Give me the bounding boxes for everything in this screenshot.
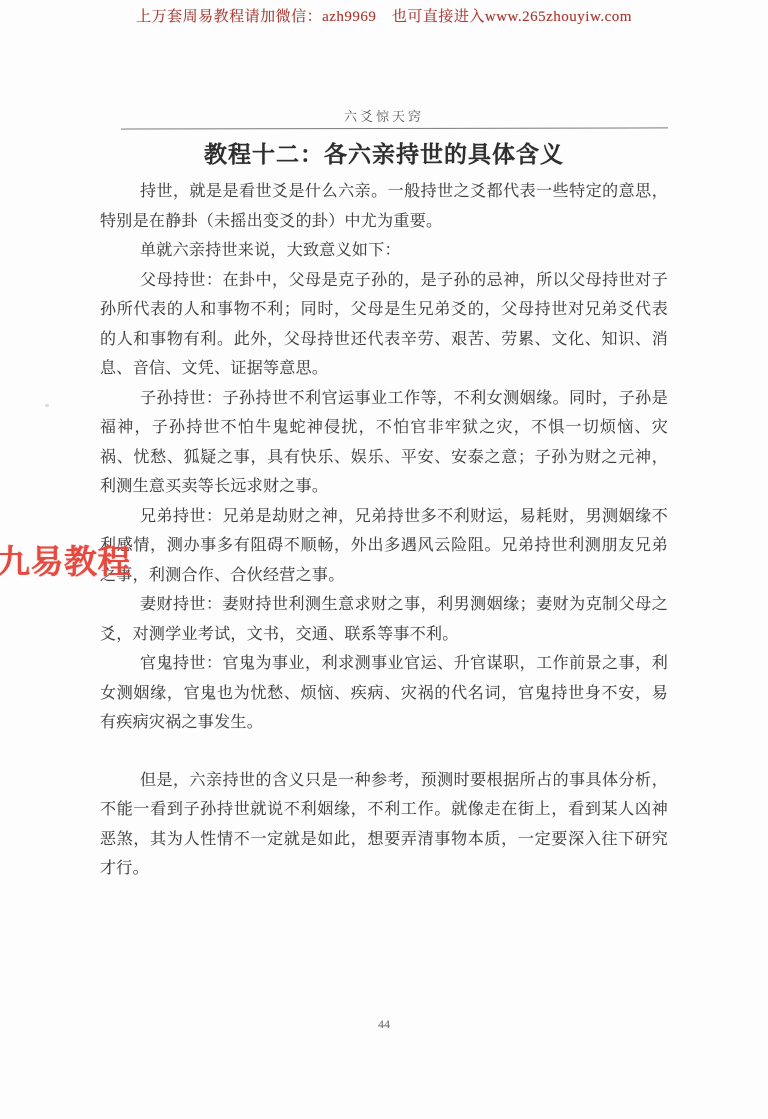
paragraph-conclusion: 但是，六亲持世的含义只是一种参考，预测时要根据所占的事具体分析，不能一看到子孙持…: [100, 766, 668, 884]
body-text-block: 持世，就是是看世爻是什么六亲。一般持世之爻都代表一些特定的意思，特别是在静卦（未…: [100, 177, 668, 884]
promo-header-notice: 上万套周易教程请加微信：azh9969 也可直接进入www.265zhouyiw…: [0, 5, 768, 26]
document-page: 上万套周易教程请加微信：azh9969 也可直接进入www.265zhouyiw…: [0, 0, 768, 1119]
paragraph-fumu-chishi: 父母持世：在卦中，父母是克子孙的，是子孙的忌神，所以父母持世对子孙所代表的人和事…: [100, 266, 668, 384]
chapter-title: 教程十二：各六亲持世的具体含义: [0, 136, 768, 169]
header-divider-line: [121, 127, 668, 129]
paragraph-guangui-chishi: 官鬼持世：官鬼为事业，利求测事业官运、升官谋职，工作前景之事，利女测姻缘，官鬼也…: [100, 649, 668, 738]
scan-artifact-speck: [45, 404, 49, 407]
paragraph-qicai-chishi: 妻财持世：妻财持世利测生意求财之事，利男测姻缘；妻财为克制父母之爻，对测学业考试…: [100, 590, 668, 649]
red-watermark: 九易教程: [0, 536, 131, 583]
paragraph-intro: 持世，就是是看世爻是什么六亲。一般持世之爻都代表一些特定的意思，特别是在静卦（未…: [100, 177, 668, 236]
paragraph-zisun-chishi: 子孙持世：子孙持世不利官运事业工作等，不利女测姻缘。同时，子孙是福神，子孙持世不…: [100, 384, 668, 502]
paragraph-list-lead: 单就六亲持世来说，大致意义如下：: [100, 236, 668, 266]
page-number: 44: [0, 1017, 768, 1032]
paragraph-xiongdi-chishi: 兄弟持世：兄弟是劫财之神，兄弟持世多不利财运，易耗财，男测姻缘不利感情，测办事多…: [100, 502, 668, 591]
running-header: 六爻惊天窍: [0, 106, 768, 125]
